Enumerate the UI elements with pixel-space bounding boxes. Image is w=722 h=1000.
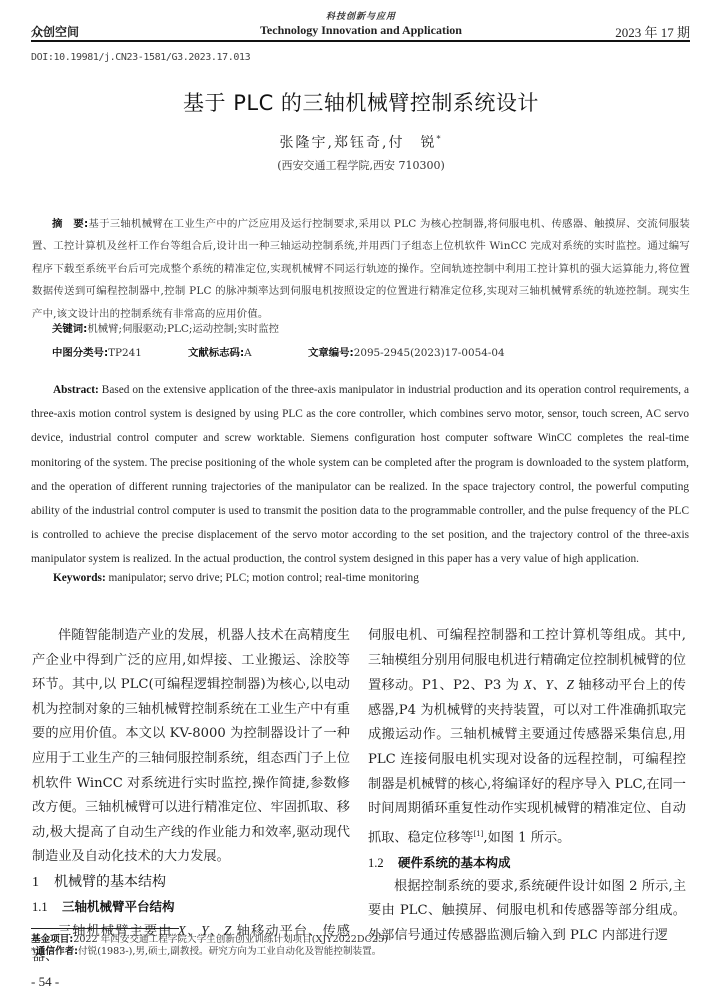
- citation-ref: [1]: [474, 830, 484, 838]
- corresponding-author-note: *通信作者:付锐(1983-),男,硕士,副教授。研究方向为工业自动化及智能控制…: [31, 946, 388, 958]
- intro-paragraph: 伴随智能制造产业的发展，机器人技术在高精度生产企业中得到广泛的应用,如焊接、工业…: [32, 624, 350, 870]
- issue-label: 2023 年 17 期: [615, 22, 690, 41]
- abstract-cn-label: 摘 要:: [52, 218, 88, 230]
- footnote-rule: [31, 928, 179, 929]
- section-heading-1: 1机械臂的基本结构: [32, 870, 350, 895]
- affiliation: (西安交通工程学院,西安 710300): [0, 157, 722, 173]
- hardware-paragraph: 根据控制系统的要求,系统硬件设计如图 2 所示,主要由 PLC、触摸屏、伺服电机…: [368, 875, 686, 949]
- journal-name-cn: 科技创新与应用: [0, 9, 722, 22]
- funding-note: 基金项目:2022 年西安交通工程学院大学生创新创业训练计划项目(XJY2022…: [31, 934, 388, 946]
- abstract-en-label: Abstract:: [53, 384, 99, 396]
- author-list: 张隆宇,郑钰奇,付 锐: [280, 135, 437, 151]
- body-column-right: 伺服电机、可编程控制器和工控计算机等组成。其中,三轴模组分别用伺服电机进行精确定…: [368, 624, 686, 949]
- keywords-cn-text: 机械臂;伺服驱动;PLC;运动控制;实时监控: [87, 323, 279, 335]
- clc-number: 中图分类号:TP241: [52, 344, 188, 359]
- classification-row: 中图分类号:TP241 文献标志码:A 文章编号:2095-2945(2023)…: [52, 344, 505, 359]
- platform-paragraph-cont: 伺服电机、可编程控制器和工控计算机等组成。其中,三轴模组分别用伺服电机进行精确定…: [368, 624, 686, 851]
- abstract-cn-text: 基于三轴机械臂在工业生产中的广泛应用及运行控制要求,采用以 PLC 为核心控制器…: [32, 218, 690, 320]
- doi: DOI:10.19981/j.CN23-1581/G3.2023.17.013: [31, 52, 250, 63]
- keywords-cn: 关键词:机械臂;伺服驱动;PLC;运动控制;实时监控: [52, 320, 279, 335]
- article-number: 文章编号:2095-2945(2023)17-0054-04: [308, 344, 505, 359]
- running-header-journal: 科技创新与应用 Technology Innovation and Applic…: [0, 9, 722, 38]
- section-heading-1-2: 1.2硬件系统的基本构成: [368, 851, 686, 875]
- header-rule: [31, 40, 690, 42]
- corresponding-author-mark: *: [436, 134, 442, 143]
- keywords-en-text: manipulator; servo drive; PLC; motion co…: [106, 572, 419, 584]
- page-number: - 54 -: [31, 974, 59, 990]
- body-column-left: 伴随智能制造产业的发展，机器人技术在高精度生产企业中得到广泛的应用,如焊接、工业…: [32, 624, 350, 969]
- journal-name-en: Technology Innovation and Application: [0, 23, 722, 38]
- keywords-cn-label: 关键词:: [52, 323, 87, 335]
- footnotes: 基金项目:2022 年西安交通工程学院大学生创新创业训练计划项目(XJY2022…: [31, 934, 388, 958]
- abstract-en: Abstract: Based on the extensive applica…: [31, 378, 689, 572]
- document-code: 文献标志码:A: [188, 344, 308, 359]
- authors: 张隆宇,郑钰奇,付 锐*: [0, 132, 722, 152]
- abstract-cn: 摘 要:基于三轴机械臂在工业生产中的广泛应用及运行控制要求,采用以 PLC 为核…: [32, 213, 690, 325]
- keywords-en-label: Keywords:: [53, 572, 106, 584]
- keywords-en: Keywords: manipulator; servo drive; PLC;…: [53, 572, 419, 584]
- abstract-en-text: Based on the extensive application of th…: [31, 384, 689, 565]
- paper-title: 基于 PLC 的三轴机械臂控制系统设计: [0, 87, 722, 117]
- section-heading-1-1: 1.1三轴机械臂平台结构: [32, 895, 350, 919]
